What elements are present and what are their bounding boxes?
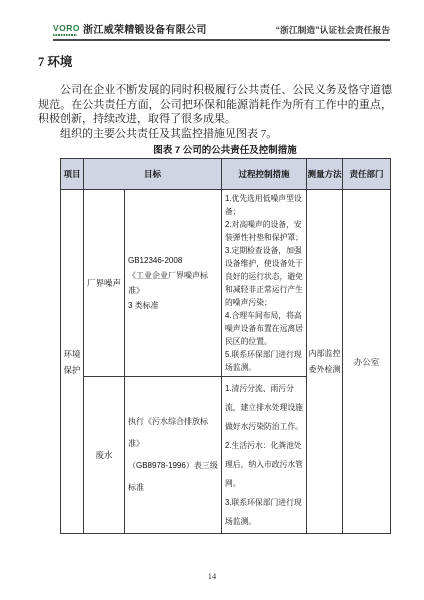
cell-responsible-dept: 办公室 xyxy=(343,190,391,534)
col-header-measures: 过程控制措施 xyxy=(222,159,307,190)
logo-tagline-microtext xyxy=(53,34,77,37)
col-header-project: 项目 xyxy=(61,159,84,190)
col-header-method: 测量方法 xyxy=(307,159,343,190)
table-header-row: 项目 目标 过程控制措施 测量方法 责任部门 xyxy=(61,159,391,190)
cell-standard-wastewater: 执行《污水综合排放标准》 （GB8978-1996）表三级 标准 xyxy=(125,377,222,534)
cell-target-wastewater: 废水 xyxy=(84,377,125,534)
col-header-dept: 责任部门 xyxy=(343,159,391,190)
table-caption: 图表 7 公司的公共责任及控制措施 xyxy=(60,142,390,156)
document-page: VORO 浙江威荣精锻设备有限公司 “浙江制造”认证社会责任报告 7 环境 公司… xyxy=(0,0,424,600)
page-header: VORO 浙江威荣精锻设备有限公司 “浙江制造”认证社会责任报告 xyxy=(53,21,390,41)
cell-measurement-method: 内部监控 委外检测 xyxy=(307,190,343,534)
cell-measures-noise: 1.优先选用低噪声型设备； 2.对高噪声的设备，安装弹性衬垫和保护罩； 3.定期… xyxy=(222,190,307,377)
company-name: 浙江威荣精锻设备有限公司 xyxy=(83,21,207,36)
col-header-target: 目标 xyxy=(84,159,222,190)
report-title: “浙江制造”认证社会责任报告 xyxy=(276,23,390,36)
page-number: 14 xyxy=(208,571,217,581)
paragraph-2: 组织的主要公共责任及其监控措施见图表 7。 xyxy=(38,127,392,142)
page-footer: 14 xyxy=(0,571,424,581)
paragraph-1: 公司在企业不断发展的同时积极履行公共责任、公民义务及恪守道德规范。在公共责任方面… xyxy=(38,83,392,127)
table-row: 环境 保护 厂界噪声 GB12346-2008 《工业企业厂界噪声标准》 3 类… xyxy=(61,190,391,377)
company-logo: VORO xyxy=(53,24,80,36)
cell-measures-wastewater: 1.清污分流、雨污分流，建立排水处理设施做好水污染防治工作。 2.生活污水：化粪… xyxy=(222,377,307,534)
section-title: 7 环境 xyxy=(38,52,392,70)
page-body: 7 环境 公司在企业不断发展的同时积极履行公共责任、公民义务及恪守道德规范。在公… xyxy=(38,52,392,534)
cell-target-noise: 厂界噪声 xyxy=(84,190,125,377)
cell-standard-noise: GB12346-2008 《工业企业厂界噪声标准》 3 类标准 xyxy=(125,190,222,377)
logo-text: VORO xyxy=(53,24,80,33)
responsibility-table: 项目 目标 过程控制措施 测量方法 责任部门 环境 保护 厂界噪声 GB1234… xyxy=(60,158,391,534)
cell-project: 环境 保护 xyxy=(61,190,84,534)
